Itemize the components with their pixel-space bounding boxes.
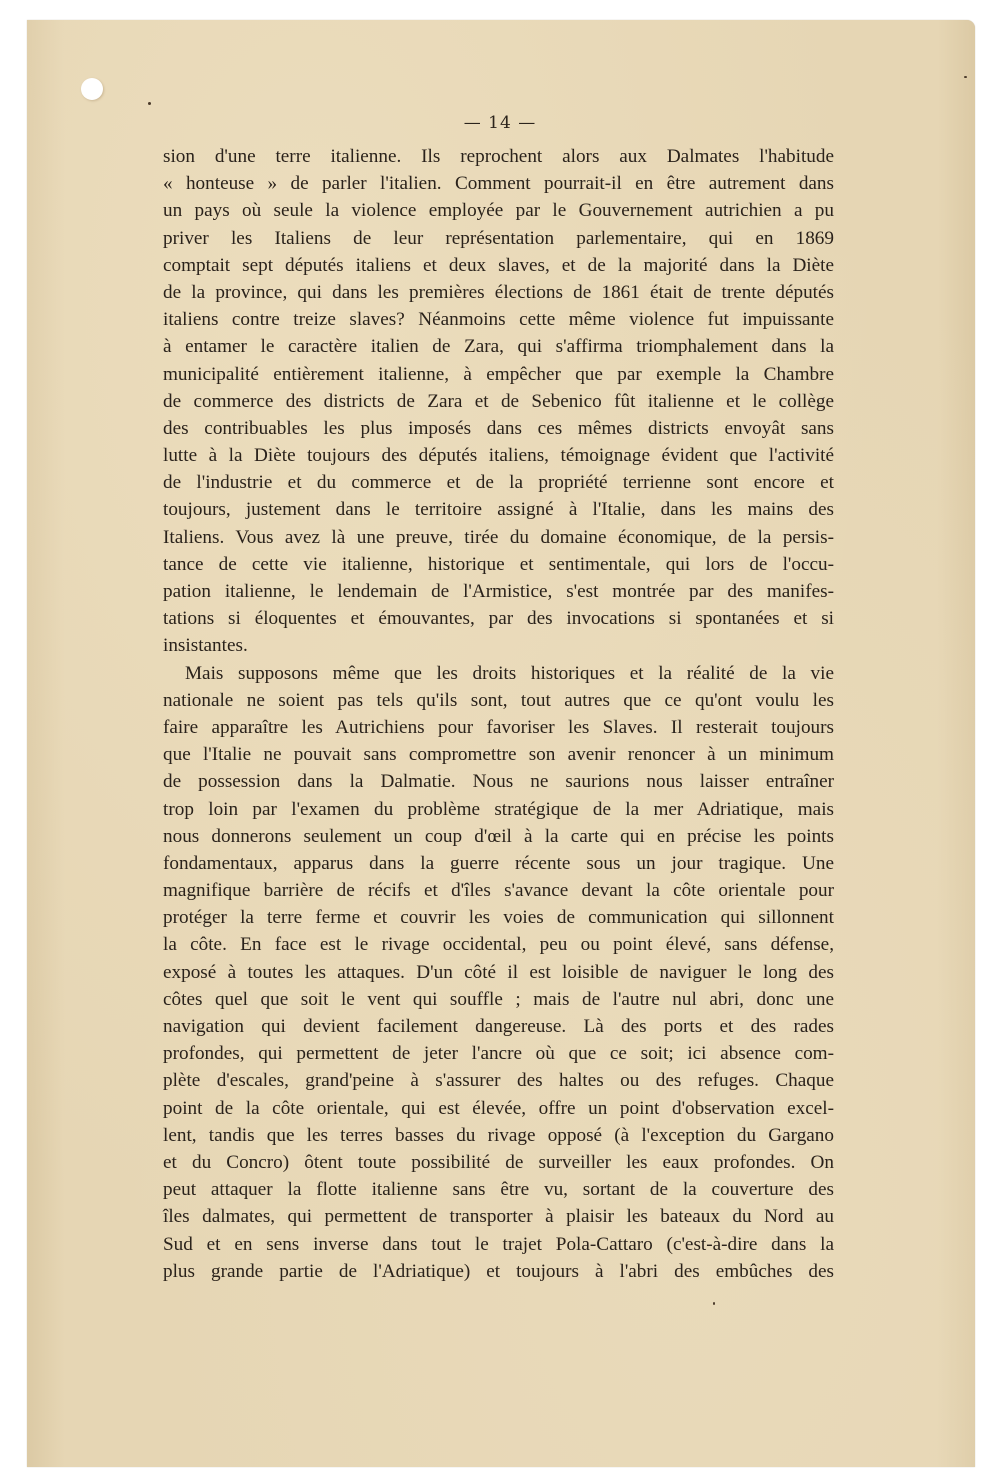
text-line: nationale ne soient pas tels qu'ils sont… (163, 687, 834, 714)
text-line: côtes quel que soit le vent qui souffle … (163, 986, 834, 1013)
text-line: sion d'une terre italienne. Ils reproche… (163, 143, 834, 170)
text-line: municipalité entièrement italienne, à em… (163, 361, 834, 388)
punch-hole (81, 78, 103, 100)
text-line: et du Concro) ôtent toute possibilité de… (163, 1149, 834, 1176)
text-line: « honteuse » de parler l'italien. Commen… (163, 170, 834, 197)
text-line: Italiens. Vous avez là une preuve, tirée… (163, 524, 834, 551)
text-line: comptait sept députés italiens et deux s… (163, 252, 834, 279)
text-line: îles dalmates, qui permettent de transpo… (163, 1203, 834, 1230)
text-line: insistantes. (163, 632, 834, 659)
text-line: pation italienne, le lendemain de l'Armi… (163, 578, 834, 605)
text-line: magnifique barrière de récifs et d'îles … (163, 877, 834, 904)
text-line: peut attaquer la flotte italienne sans ê… (163, 1176, 834, 1203)
text-line: trop loin par l'examen du problème strat… (163, 796, 834, 823)
text-line: priver les Italiens de leur représentati… (163, 225, 834, 252)
text-line: un pays où seule la violence employée pa… (163, 197, 834, 224)
text-line: de commerce des districts de Zara et de … (163, 388, 834, 415)
text-line: Sud et en sens inverse dans tout le traj… (163, 1231, 834, 1258)
paper-speck (713, 1302, 715, 1305)
paragraph-1: sion d'une terre italienne. Ils reproche… (163, 143, 834, 660)
text-line: de la province, qui dans les premières é… (163, 279, 834, 306)
page-number: — 14 — (0, 113, 1000, 133)
paragraph-2: Mais supposons même que les droits histo… (163, 660, 834, 1285)
text-line: de possession dans la Dalmatie. Nous ne … (163, 768, 834, 795)
text-line: italiens contre treize slaves? Néanmoins… (163, 306, 834, 333)
text-line: tations si éloquentes et émouvantes, par… (163, 605, 834, 632)
text-line: point de la côte orientale, qui est élev… (163, 1095, 834, 1122)
text-line: tance de cette vie italienne, historique… (163, 551, 834, 578)
text-line: plus grande partie de l'Adriatique) et t… (163, 1258, 834, 1285)
paper-speck (964, 76, 967, 78)
body-text: sion d'une terre italienne. Ils reproche… (163, 143, 834, 1285)
text-line: de l'industrie et du commerce et de la p… (163, 469, 834, 496)
text-line: la côte. En face est le rivage occidenta… (163, 931, 834, 958)
text-line: toujours, justement dans le territoire a… (163, 496, 834, 523)
text-line: nous donnerons seulement un coup d'œil à… (163, 823, 834, 850)
text-line: Mais supposons même que les droits histo… (163, 660, 834, 687)
text-line: exposé à toutes les attaques. D'un côté … (163, 959, 834, 986)
paper-speck (148, 102, 151, 105)
text-line: protéger la terre ferme et couvrir les v… (163, 904, 834, 931)
text-line: fondamentaux, apparus dans la guerre réc… (163, 850, 834, 877)
text-line: lent, tandis que les terres basses du ri… (163, 1122, 834, 1149)
text-line: faire apparaître les Autrichiens pour fa… (163, 714, 834, 741)
text-line: lutte à la Diète toujours des députés it… (163, 442, 834, 469)
text-line: profondes, qui permettent de jeter l'anc… (163, 1040, 834, 1067)
text-line: que l'Italie ne pouvait sans compromettr… (163, 741, 834, 768)
text-line: à entamer le caractère italien de Zara, … (163, 333, 834, 360)
text-line: plète d'escales, grand'peine à s'assurer… (163, 1067, 834, 1094)
text-line: des contribuables les plus imposés dans … (163, 415, 834, 442)
text-line: navigation qui devient facilement danger… (163, 1013, 834, 1040)
